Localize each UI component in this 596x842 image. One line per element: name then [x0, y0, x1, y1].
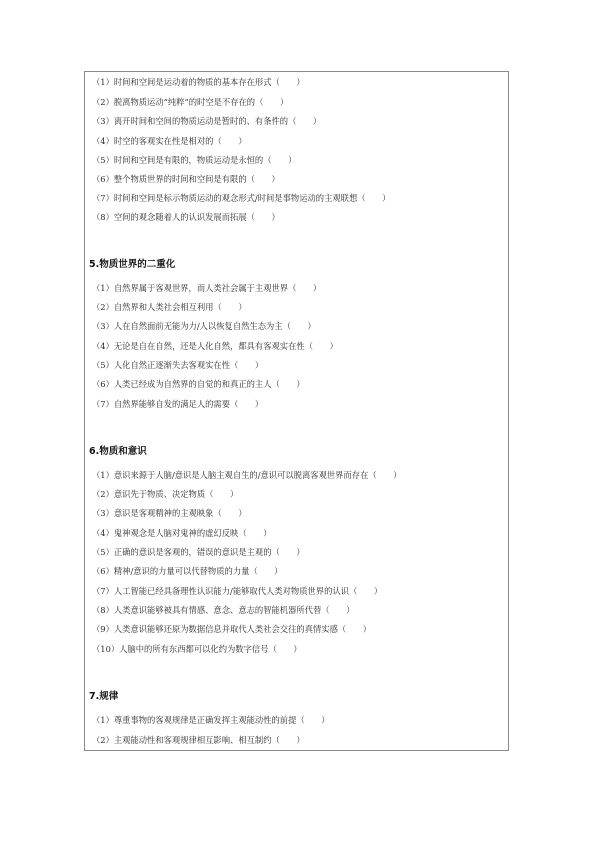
statement-item: （2）意识先于物质、决定物质（ ）	[92, 489, 238, 500]
section-heading: 5.物质世界的二重化	[89, 259, 175, 271]
statement-item: （3）离开时间和空间的物质运动是暂时的、有条件的（ ）	[92, 116, 321, 127]
statement-item: （7）人工智能已经具备理性认识能力/能够取代人类对物质世界的认识（ ）	[92, 586, 382, 597]
statement-item: （5）时间和空间是有限的，物质运动是永恒的（ ）	[92, 155, 296, 166]
statement-item: （5）人化自然正逐渐失去客观实在性（ ）	[92, 360, 263, 371]
statement-item: （1）尊重事物的客观规律是正确发挥主观能动性的前提（ ）	[92, 715, 330, 726]
statement-item: （8）空间的观念随着人的认识发展而拓展（ ）	[92, 212, 280, 223]
statement-item: （6）整个物质世界的时间和空间是有限的（ ）	[92, 174, 280, 185]
statement-item: （4）时空的客观实在性是相对的（ ）	[92, 136, 247, 147]
statement-item: （4）无论是自在自然，还是人化自然，都具有客观实在性（ ）	[92, 341, 338, 352]
statement-item: （7）时间和空间是标示物质运动的观念形式/时间是事物运动的主观联想（ ）	[92, 193, 390, 204]
section-heading: 6.物质和意识	[89, 446, 147, 458]
statement-item: （1）自然界属于客观世界，而人类社会属于主观世界（ ）	[92, 283, 321, 294]
statement-item: （3）人在自然面前无能为力/人以恢复自然生态为主（ ）	[92, 321, 316, 332]
statement-item: （1）时间和空间是运动着的物质的基本存在形式（ ）	[92, 77, 305, 88]
statement-item: （6）精神/意识的力量可以代替物质的力量（ ）	[92, 566, 283, 577]
statement-item: （2）自然界和人类社会相互利用（ ）	[92, 302, 247, 313]
section-heading: 7.规律	[89, 691, 118, 703]
statement-item: （2）主观能动性和客观规律相互影响、相互制约（ ）	[92, 735, 305, 746]
statement-item: （8）人类意识能够被具有情感、意念、意志的智能机器所代替（ ）	[92, 605, 355, 616]
statement-item: （9）人类意识能够还原为数据信息并取代人类社会交往的真情实感（ ）	[92, 624, 371, 635]
statement-item: （6）人类已经成为自然界的自觉的和真正的主人（ ）	[92, 379, 305, 390]
statement-item: （10）人脑中的所有东西都可以化约为数字信号（ ）	[92, 644, 302, 655]
statement-item: （7）自然界能够自发的满足人的需要（ ）	[92, 399, 263, 410]
statement-item: （5）正确的意识是客观的，错误的意识是主观的（ ）	[92, 547, 305, 558]
statement-item: （3）意识是客观精神的主观映象（ ）	[92, 508, 247, 519]
statement-item: （1）意识来源于人脑/意识是人脑主观自生的/意识可以脱离客观世界而存在（ ）	[92, 470, 402, 481]
statement-item: （2）脱离物质运动“纯粹”的时空是不存在的（ ）	[92, 97, 288, 108]
statement-item: （4）鬼神观念是人脑对鬼神的虚幻反映（ ）	[92, 528, 272, 539]
